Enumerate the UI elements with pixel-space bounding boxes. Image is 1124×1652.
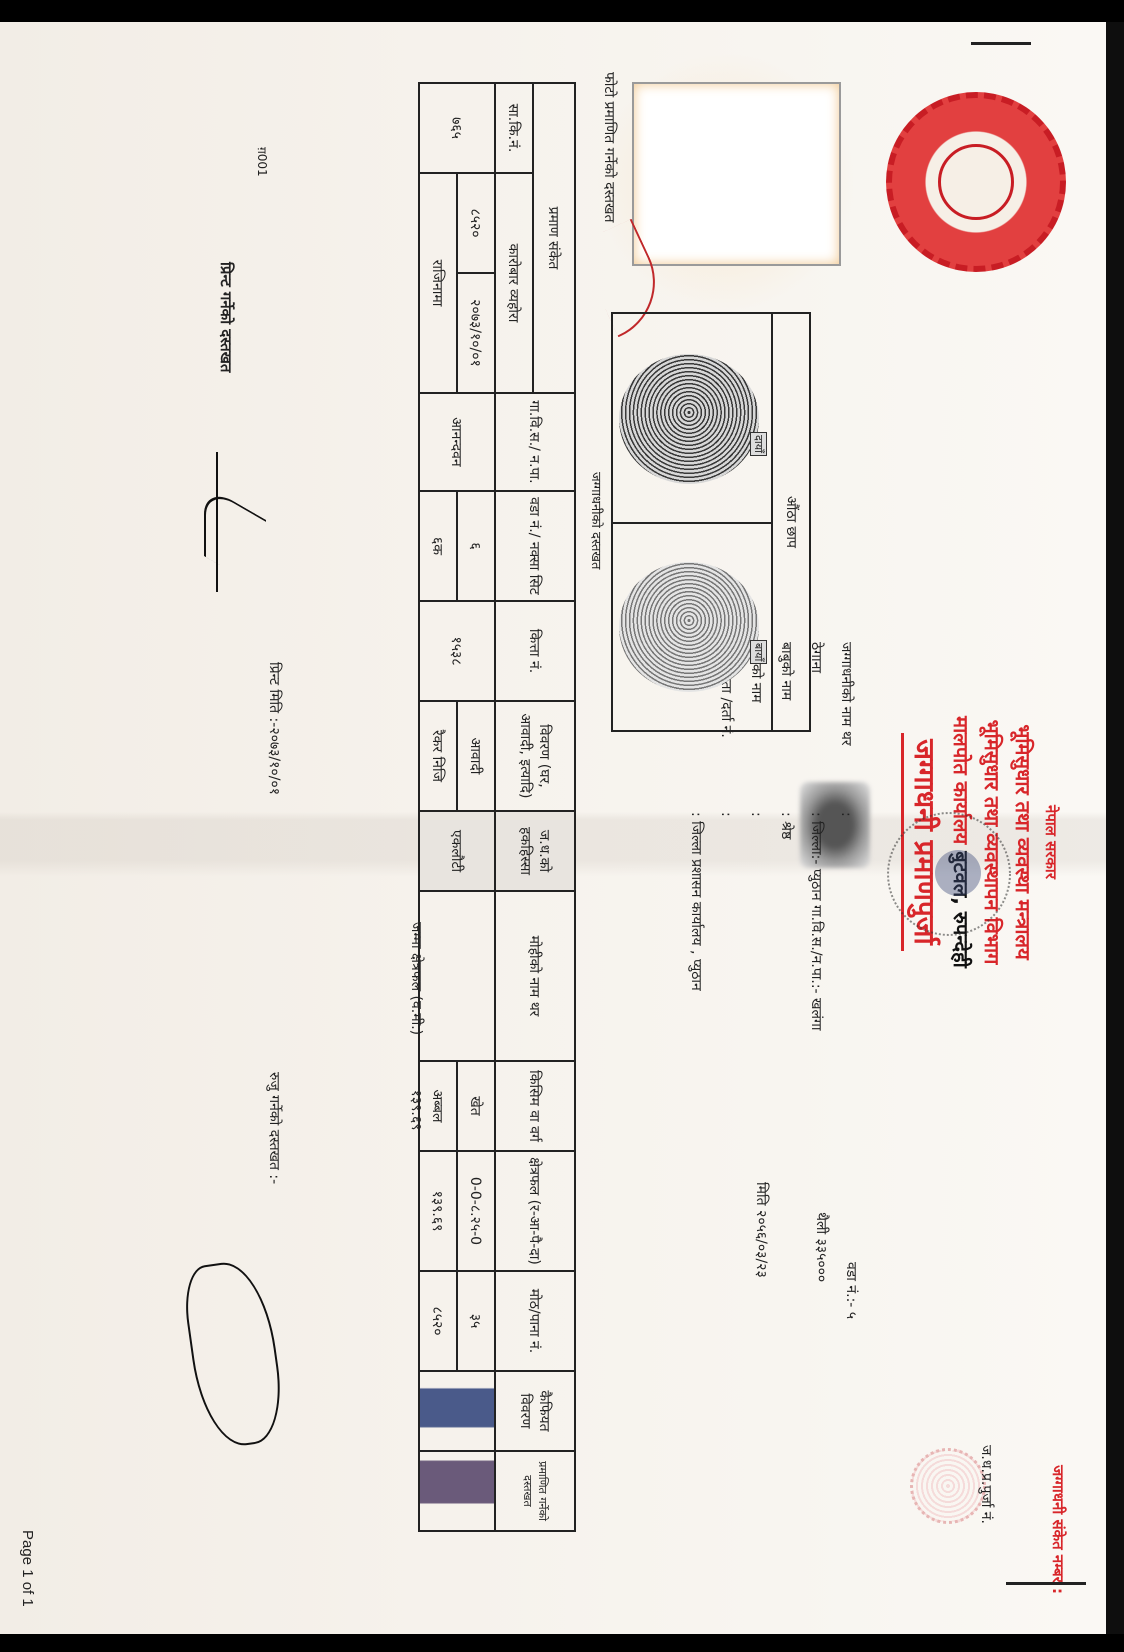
col-remarks: कैफियत विवरण <box>495 1371 575 1451</box>
owner-photo <box>632 82 841 266</box>
total-area-label: जम्मा क्षेत्रफल (व.मी.) <box>408 922 424 1035</box>
office-stamp-icon <box>887 812 1011 936</box>
col-karobar: कारोबार व्यहोरा <box>495 173 533 393</box>
cell-moth: ३५ <box>457 1271 495 1371</box>
col-area: क्षेत्रफल (र-आ-पै-दा) <box>495 1151 575 1271</box>
owner-info-row: जग्गाधनीको नाम थर: <box>831 642 861 1031</box>
issue-date: मिति २०५६/०३/२३ <box>752 1182 771 1278</box>
land-details-table: प्रमाण संकेत गा.वि.स./ न.पा. वडा नं./ नक… <box>418 82 576 1532</box>
cell-gabisa: आनन्दवन <box>419 393 495 491</box>
col-description: विवरण (घर, आवादी, इत्यादि) <box>495 701 575 811</box>
col-gabisa: गा.वि.स./ न.पा. <box>495 393 575 491</box>
nepal-emblem-icon <box>886 92 1066 272</box>
right-thumb-tag: दायाँ <box>750 432 767 456</box>
col-kitta: कित्ता नं. <box>495 601 575 701</box>
col-moth: मोठ/पाना नं. <box>495 1271 575 1371</box>
table-row: ७६५ ८५२० २०७३/१०/०१ आनन्दवन ६ १५३८ आवादी… <box>457 83 495 1531</box>
left-thumb-cell: बायाँ <box>613 522 773 730</box>
cell-karobar-date: २०७३/१०/०१ <box>457 273 495 393</box>
land-ownership-certificate: जग्गाधनी संकेत नम्बर : ज.ध.प्र.पुर्जा नं… <box>0 22 1106 1634</box>
thaili-number: थैली ३३५००० <box>812 1212 831 1282</box>
col-ownership: ज.ध.को हकहिस्सा <box>495 811 575 891</box>
cell-karobar-type: राजिनामा <box>419 173 457 393</box>
cell-mohi <box>419 891 495 1061</box>
cell-type-1: खेत <box>457 1061 495 1151</box>
col-sa-ki: सा.कि.नं. <box>495 83 533 173</box>
verifier-signature-label: रुजु गर्नेको दस्तखत :- <box>265 1072 284 1184</box>
red-seal-icon <box>910 1448 986 1524</box>
photo-certifier-label: फोटो प्रमाणित गर्नेको दस्तखत <box>600 72 619 222</box>
total-area-value: १३९.६९ <box>408 1090 424 1131</box>
cell-ward: ६ <box>457 491 495 601</box>
col-mohi: मोहीको नाम थर <box>495 891 575 1061</box>
left-thumb-tag: बायाँ <box>750 640 767 664</box>
thumbprint-box: औंठा छाप दायाँ बायाँ <box>611 312 811 732</box>
ministry-name: भूमिसुधार तथा व्यवस्था मन्त्रालय <box>1010 582 1037 1102</box>
printer-signature <box>204 484 266 592</box>
scanned-sheet-frame: जग्गाधनी संकेत नम्बर : ज.ध.प्र.पुर्जा नं… <box>0 22 1106 1634</box>
thumbprint-icon <box>619 562 759 692</box>
col-certify: प्रमाणित गर्नेको दस्तखत <box>495 1451 575 1531</box>
scan-right-border <box>1106 22 1124 1634</box>
col-type: किसिम वा वर्ग <box>495 1061 575 1151</box>
total-area: जम्मा क्षेत्रफल (व.मी.) १३९.६९ <box>407 922 426 1130</box>
owner-signature-label: जग्गाधनीको दस्तखत <box>588 472 606 569</box>
thumbprint-icon <box>619 354 759 484</box>
certificate-number-label: ज.ध.प्र.पुर्जा नं. <box>977 1445 996 1524</box>
thumbprint-title: औंठा छाप <box>771 314 809 730</box>
scan-bottom-border <box>0 1634 1124 1652</box>
cell-description-2: रैकर निजि <box>419 701 457 811</box>
cell-sa-ki: ७६५ <box>419 83 495 173</box>
scan-mark <box>971 42 1031 45</box>
cell-description-1: आवादी <box>457 701 495 811</box>
print-code: ग़001 <box>254 147 271 177</box>
table-row: राजिनामा ६क रैकर निजि अब्बल १३९.६९ ८५२० <box>419 83 457 1531</box>
cell-area-2: १३९.६९ <box>419 1151 457 1271</box>
page-indicator: Page 1 of 1 <box>19 1530 36 1607</box>
cell-sheet: ६क <box>419 491 457 601</box>
right-thumb-cell: दायाँ <box>613 314 773 524</box>
cell-ownership: एकलौटी <box>419 811 495 891</box>
cell-certify <box>419 1451 495 1531</box>
verifier-signature <box>180 1257 289 1451</box>
scan-mark <box>1006 1582 1086 1585</box>
table-header-group: प्रमाण संकेत <box>533 83 575 393</box>
print-date: प्रिन्ट मिति :-२०७३/१०/०१ <box>265 662 284 795</box>
cell-karobar-no: ८५२० <box>457 173 495 273</box>
cell-kitta: १५३८ <box>419 601 495 701</box>
printer-signature-label: प्रिन्ट गर्नेको दस्तखत <box>216 262 236 372</box>
scan-top-border <box>0 0 1124 22</box>
cell-remarks <box>419 1371 495 1451</box>
owner-code-label: जग्गाधनी संकेत नम्बर : <box>1048 1465 1068 1594</box>
government-name: नेपाल सरकार <box>1041 582 1061 1102</box>
cell-pana: ८५२० <box>419 1271 457 1371</box>
ward-number: वडा नं.:- ५ <box>842 1262 861 1319</box>
cell-area-1: 0-0-८.२५-0 <box>457 1151 495 1271</box>
col-ward-sheet: वडा नं./ नक्सा सिट <box>495 491 575 601</box>
